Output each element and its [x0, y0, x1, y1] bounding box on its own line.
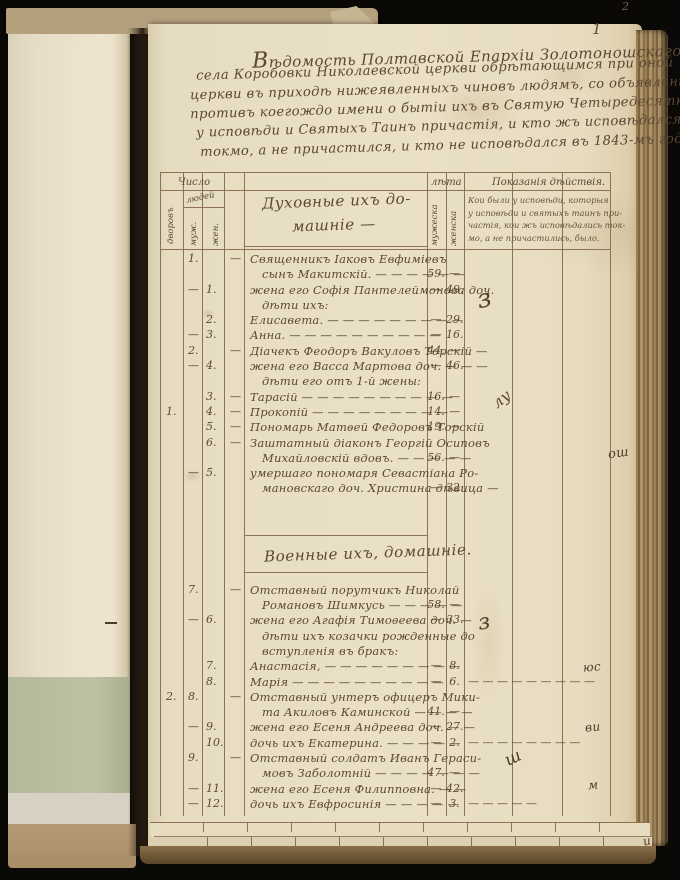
row-n2: 5. — [206, 466, 217, 479]
row-name-line: вступленія въ бракъ: — [262, 644, 398, 658]
col-header-chislo: Число — [178, 177, 210, 188]
register-row: 10.дочь ихъ Екатерина. — — — — ——2.— — —… — [0, 736, 660, 751]
row-am: 59. — [427, 267, 445, 280]
row-n2: 6. — [206, 613, 217, 626]
row-af: — — [446, 267, 463, 280]
row-am: — — [427, 797, 445, 810]
row-af: 29. — [446, 313, 463, 326]
row-n1: — — [188, 720, 199, 733]
register-row: 2.8.—Отставный унтеръ офицеръ Мики-та Ак… — [0, 690, 660, 721]
row-af: 3. — [446, 797, 463, 810]
row-am: — — [427, 283, 445, 296]
page-stack-bottom-cover — [140, 846, 656, 864]
row-tail-dashes: — — — — — — [468, 797, 537, 810]
row-n2: 5. — [206, 420, 217, 433]
row-af: 8. — [446, 659, 463, 672]
row-am: — — [427, 359, 445, 372]
register-row: 6.—Заштатный діаконъ Георгій ОсиповъМиха… — [0, 436, 660, 467]
register-row: —4.жена его Васса Мартова доч. — — —дѣти… — [0, 359, 660, 390]
row-n1: — — [188, 782, 199, 795]
col-header-dvorov: дворовъ — [166, 196, 176, 244]
register-row: 8.Марія — — — — — — — — — ——6.— — — — — … — [0, 675, 660, 690]
register-row: 7.—Отставный порутчикъ НиколайРомановъ Ш… — [0, 583, 660, 614]
row-af: — — [446, 598, 463, 611]
register-row: —12.дочь ихъ Евфросинія — — — — ——3.— — … — [0, 797, 660, 812]
table-hline — [160, 249, 610, 250]
row-n1: — — [188, 359, 199, 372]
row-pre: — — [230, 690, 241, 703]
row-n1: 2. — [188, 344, 199, 357]
register-row: 1.—Священникъ Іаковъ Евфиміевъсынъ Макит… — [0, 252, 660, 283]
row-am: — — [427, 659, 445, 672]
corner-folio-mark: 2 — [622, 0, 629, 13]
row-n1: — — [188, 797, 199, 810]
row-name-line: Прокопій — — — — — — — — — — [250, 405, 448, 419]
row-am: 41. — [427, 705, 445, 718]
row-dvor: 2. — [166, 690, 177, 703]
row-n2: 12. — [206, 797, 224, 810]
row-name-line: Отставный порутчикъ Николай — [250, 583, 459, 597]
section2-title-box: Военные ихъ, домашніе. — [244, 535, 428, 573]
row-n2: 3. — [206, 328, 217, 341]
row-name-line: Священникъ Іаковъ Евфиміевъ — [250, 252, 447, 266]
col-header-leta-f: женска — [449, 194, 459, 246]
row-n1: 8. — [188, 690, 199, 703]
rubric-note-line: Кои были у исповѣди, которыя — [468, 194, 625, 207]
page-stack-bottom-edge-1 — [150, 822, 650, 837]
col-header-pokazaniya: Показанія дѣйствія. — [492, 177, 605, 188]
row-n1: 7. — [188, 583, 199, 596]
ink-mark: м — [587, 778, 599, 793]
pokazaniya-rubric-note: Кои были у исповѣди, которыяу исповѣди и… — [468, 194, 625, 244]
row-am: 14. — [427, 405, 445, 418]
row-af: 32. — [446, 481, 463, 494]
row-af: — — [446, 766, 463, 779]
row-n2: 3. — [206, 390, 217, 403]
row-name-line: Тарасій — — — — — — — — — — — [250, 390, 453, 404]
row-am: — — [427, 782, 445, 795]
row-n2: 11. — [206, 782, 224, 795]
row-n1: 1. — [188, 252, 199, 265]
row-n2: 8. — [206, 675, 217, 688]
row-name-line: Отставный унтеръ офицеръ Мики- — [250, 690, 480, 704]
register-row: —1.жена его Софія Пантелеймонова доч.дѣт… — [0, 283, 660, 314]
register-row: —5.умершаго пономаря Севастіана Ро-манов… — [0, 466, 660, 497]
row-af: 49. — [446, 283, 463, 296]
register-row: 7.Анастасія, — — — — — — — — ——8. — [0, 659, 660, 674]
table-hline — [427, 190, 610, 191]
row-af: — — [446, 705, 463, 718]
row-dvor: 1. — [166, 405, 177, 418]
row-am: 47. — [427, 766, 445, 779]
row-pre: — — [230, 583, 241, 596]
row-n1: — — [188, 328, 199, 341]
row-n1: — — [188, 283, 199, 296]
ink-mark: ви — [584, 719, 601, 734]
row-name-line: Марія — — — — — — — — — — — [250, 675, 444, 689]
archival-photo: 1 2 Вѣдомость Полтавской Епархіи Золотон… — [0, 0, 680, 880]
row-am: 56. — [427, 451, 445, 464]
row-pre: — — [230, 252, 241, 265]
row-af: 27. — [446, 720, 463, 733]
col-header-leta: лѣта — [431, 177, 462, 188]
row-am: — — [427, 481, 445, 494]
row-pre: — — [230, 344, 241, 357]
row-af: — — [446, 405, 463, 418]
row-am: — — [427, 313, 445, 326]
section2-title: Военные ихъ, домашніе. — [264, 540, 472, 565]
row-am: — — [427, 736, 445, 749]
register-row: 2.—Діачекъ Феодоръ Вакуловъ Торскій —44.… — [0, 344, 660, 359]
row-n2: 10. — [206, 736, 224, 749]
row-tail-dashes: — — — — — — — — — — [468, 675, 595, 688]
row-name-line: Отставный солдатъ Иванъ Гераси- — [250, 751, 481, 765]
section1-title-line2: машніе — — [292, 215, 376, 236]
row-af: 46. — [446, 359, 463, 372]
ruled-ticks — [164, 837, 634, 846]
row-pre: — — [230, 436, 241, 449]
row-n2: 6. — [206, 436, 217, 449]
row-af: 33. — [446, 613, 463, 626]
row-pre: — — [230, 405, 241, 418]
row-tail-dashes: — — — — — — — — — [468, 736, 580, 749]
col-header-leta-m: мужеска — [430, 194, 440, 246]
row-am: — — [427, 720, 445, 733]
row-af: 42. — [446, 782, 463, 795]
row-af: 16. — [446, 328, 463, 341]
row-n1: 9. — [188, 751, 199, 764]
row-am: 16. — [427, 390, 445, 403]
row-af: — — [446, 451, 463, 464]
register-row: 5.—Пономарь Матѳей Федоровъ Торскій19.— — [0, 420, 660, 435]
row-n2: 9. — [206, 720, 217, 733]
row-n2: 7. — [206, 659, 217, 672]
row-af: 2. — [446, 736, 463, 749]
row-name-line: Анна. — — — — — — — — — — — [250, 328, 441, 342]
register-row: —6.жена его Агафія Тимоѳеева доч. —дѣти … — [0, 613, 660, 659]
row-am: 19. — [427, 420, 445, 433]
register-row: 2.Елисавета. — — — — — — — — ——29. — [0, 313, 660, 328]
row-af: — — [446, 390, 463, 403]
row-n2: 2. — [206, 313, 217, 326]
row-pre: — — [230, 751, 241, 764]
row-name-line: дѣти его отъ 1-й жены: — [262, 374, 421, 388]
register-row: 1.4.—Прокопій — — — — — — — — —14.— — [0, 405, 660, 420]
row-af: — — [446, 420, 463, 433]
page-number: 1 — [592, 20, 602, 38]
register-rows: 1.—Священникъ Іаковъ Евфиміевъсынъ Макит… — [0, 252, 660, 812]
ink-mark: ош — [607, 445, 630, 463]
row-af: 6. — [446, 675, 463, 688]
col-header-muzh: муж. — [189, 210, 199, 246]
table-hline — [244, 246, 427, 247]
ink-mark: юс — [582, 659, 601, 675]
row-am: — — [427, 613, 445, 626]
table-hline — [160, 190, 244, 191]
row-af: — — [446, 344, 463, 357]
row-n1: — — [188, 613, 199, 626]
ruled-ticks — [160, 823, 630, 832]
register-row: —11.жена его Есеня Филипповна. — ——42. — [0, 782, 660, 797]
row-am: 58. — [427, 598, 445, 611]
row-am: 44. — [427, 344, 445, 357]
register-row: 3.—Тарасій — — — — — — — — — —16.— — [0, 390, 660, 405]
row-name-line: дѣти ихъ: — [262, 298, 329, 312]
table-hline — [160, 172, 610, 173]
row-n2: 4. — [206, 405, 217, 418]
register-row: —9.жена его Есеня Андреева доч. — ——27. — [0, 720, 660, 735]
row-pre: — — [230, 390, 241, 403]
rubric-note-line: частія, кои жъ исповѣдались ток- — [468, 219, 625, 232]
row-name-line: дѣти ихъ козачки рожденные до — [262, 629, 475, 643]
table-hline — [183, 207, 224, 208]
rubric-note-line: у исповѣди и святыхъ таинъ при- — [468, 207, 625, 220]
row-n1: — — [188, 466, 199, 479]
row-name-line: Заштатный діаконъ Георгій Осиповъ — [250, 436, 490, 450]
register-row: —3.Анна. — — — — — — — — — ——16. — [0, 328, 660, 343]
register-row: 9.—Отставный солдатъ Иванъ Гераси-мовъ З… — [0, 751, 660, 782]
bottom-cover-edge — [8, 824, 136, 868]
rubric-note-line: мо, а не причастились, было. — [468, 232, 625, 245]
row-am: — — [427, 675, 445, 688]
row-n2: 1. — [206, 283, 217, 296]
row-am: — — [427, 328, 445, 341]
col-header-zhen: жен. — [211, 210, 221, 246]
row-pre: — — [230, 420, 241, 433]
row-name-line: умершаго пономаря Севастіана Ро- — [250, 466, 478, 480]
row-n2: 4. — [206, 359, 217, 372]
